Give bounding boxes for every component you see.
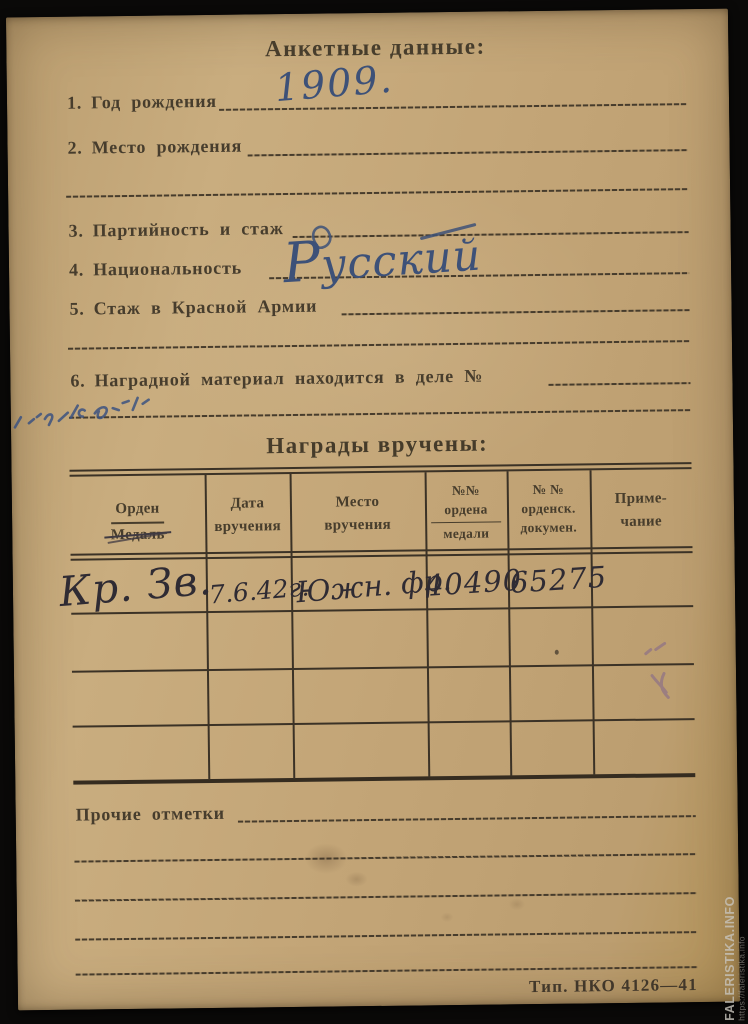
col-header-line: Дата — [230, 495, 264, 511]
ruled-line — [76, 966, 698, 976]
col-header-note: Приме- чание — [590, 487, 693, 533]
table-bottom-rule — [73, 773, 695, 785]
print-imprint: Тип. НКО 4126—41 — [529, 975, 698, 997]
col-header-date: Дата вручения — [205, 492, 291, 538]
col-header-line: орденск. — [521, 500, 575, 516]
col-header-line: докумен. — [520, 519, 577, 535]
ruled-line — [66, 188, 688, 198]
item-number: 5. — [69, 299, 84, 319]
ink-smudge — [634, 635, 683, 708]
other-notes-label: Прочие отметки — [76, 803, 225, 826]
col-header-line: Приме- — [615, 490, 668, 507]
col-header-line: Место — [335, 494, 379, 511]
item-label: Год рождения — [91, 91, 217, 113]
item-label: Прочие отметки — [76, 803, 225, 825]
table-row-line — [72, 663, 694, 672]
form-item-3: 3.Партийность и стаж — [68, 218, 283, 242]
cell-doc-number: 65275 — [509, 560, 608, 600]
form-item-2: 2.Место рождения — [67, 136, 242, 159]
table-row-line — [73, 718, 695, 727]
col-header-doc-number: № № орденск. докумен. — [507, 480, 591, 538]
ruled-line — [69, 409, 691, 419]
col-header-line: № № — [532, 482, 564, 497]
table-top-rule — [69, 462, 691, 477]
col-header-order: Орден — [111, 498, 164, 524]
col-header-line: чание — [620, 513, 662, 530]
ruled-line — [75, 892, 697, 902]
col-header-order-number: №№ ордена медали — [425, 481, 508, 544]
awards-table: Орден Медаль Дата вручения Место вручени… — [6, 9, 728, 18]
header-inner-rule — [431, 521, 501, 523]
paper-speck — [555, 650, 559, 655]
ruled-line — [238, 815, 696, 823]
col-header-place: Место вручения — [290, 490, 426, 537]
item-number: 2. — [67, 138, 82, 158]
ruled-line — [548, 382, 690, 386]
item-number: 1. — [67, 93, 82, 113]
col-header-line: ордена — [444, 501, 487, 517]
ruled-line — [75, 931, 697, 941]
handwritten-year: 1909. — [273, 57, 395, 111]
ruled-line — [68, 340, 690, 350]
col-header-line: вручения — [324, 516, 391, 533]
cell-order-name: Кр. Зв. — [57, 556, 214, 616]
item-label: Национальность — [93, 258, 242, 280]
item-number: 4. — [69, 260, 84, 280]
watermark-url: https://faleristika.info — [737, 896, 747, 1021]
ruled-line — [248, 149, 688, 156]
form-item-4: 4.Национальность — [69, 258, 242, 281]
col-header-line: медали — [443, 526, 489, 542]
item-label: Партийность и стаж — [93, 218, 284, 240]
form-item-1: 1.Год рождения — [67, 91, 217, 114]
col-header-medal-struck: Медаль — [109, 523, 167, 546]
ruled-line — [74, 853, 696, 863]
watermark-site: FALERISTIKA.INFO — [723, 896, 737, 1021]
pen-flourish — [293, 211, 503, 256]
form-item-5: 5.Стаж в Красной Армии — [69, 296, 317, 320]
ink-scribble — [10, 386, 156, 436]
document-card: Анкетные данные: 1.Год рождения 1909. 2.… — [6, 9, 740, 1011]
col-header-order-medal: Орден Медаль — [70, 497, 206, 547]
col-header-line: вручения — [214, 518, 281, 535]
item-label: Стаж в Красной Армии — [94, 296, 318, 319]
item-label: Место рождения — [92, 136, 243, 158]
item-number: 3. — [68, 221, 83, 241]
col-header-line: №№ — [452, 483, 480, 498]
ruled-line — [342, 309, 690, 315]
watermark: FALERISTIKA.INFO https://faleristika.inf… — [723, 896, 747, 1021]
